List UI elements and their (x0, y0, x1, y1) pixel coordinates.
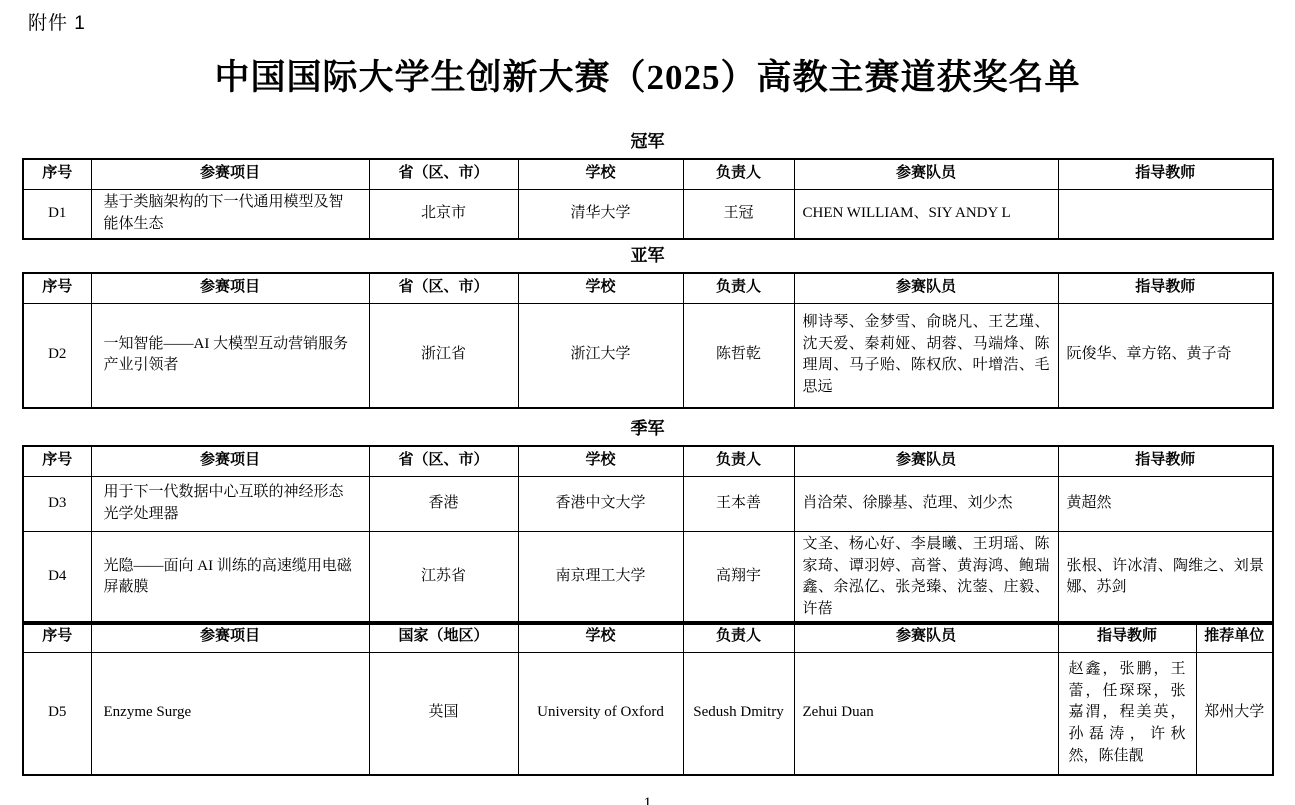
cell-members: CHEN WILLIAM、SIY ANDY L (794, 189, 1058, 239)
cell-project: 基于类脑架构的下一代通用模型及智能体生态 (91, 189, 369, 239)
cell-members: 柳诗琴、金梦雪、俞晓凡、王艺瑾、沈天爱、秦莉娅、胡蓉、马端烽、陈理周、马子贻、陈… (794, 303, 1058, 408)
col-header-leader: 负责人 (683, 622, 794, 652)
col-header-region: 省（区、市） (369, 446, 518, 476)
cell-country: 英国 (369, 652, 518, 775)
cell-leader: 王本善 (683, 476, 794, 531)
col-header-school: 学校 (518, 273, 683, 303)
col-header-leader: 负责人 (683, 446, 794, 476)
cell-school: 清华大学 (518, 189, 683, 239)
cell-members: Zehui Duan (794, 652, 1058, 775)
cell-serial: D5 (23, 652, 91, 775)
cell-school: 香港中文大学 (518, 476, 683, 531)
cell-project: 一知智能——AI 大模型互动营销服务产业引领者 (91, 303, 369, 408)
cell-region: 江苏省 (369, 531, 518, 624)
cell-teachers: 张根、许冰清、陶维之、刘景娜、苏剑 (1058, 531, 1273, 624)
cell-teachers: 阮俊华、章方铭、黄子奇 (1058, 303, 1273, 408)
runner-up-table: 序号 参赛项目 省（区、市） 学校 负责人 参赛队员 指导教师 D2 一知智能—… (22, 272, 1274, 409)
col-header-project: 参赛项目 (91, 622, 369, 652)
section-heading-runner-up: 亚军 (0, 246, 1295, 266)
col-header-serial: 序号 (23, 446, 91, 476)
col-header-teachers: 指导教师 (1058, 446, 1273, 476)
col-header-teachers: 指导教师 (1058, 159, 1273, 189)
page-number: 1 (0, 795, 1295, 805)
cell-project: 光隐——面向 AI 训练的高速缆用电磁屏蔽膜 (91, 531, 369, 624)
col-header-serial: 序号 (23, 622, 91, 652)
col-header-teachers: 指导教师 (1058, 273, 1273, 303)
col-header-serial: 序号 (23, 273, 91, 303)
page-title: 中国国际大学生创新大赛（2025）高教主赛道获奖名单 (0, 50, 1295, 100)
cell-serial: D4 (23, 531, 91, 624)
cell-teachers: 黄超然 (1058, 476, 1273, 531)
table-row: D4 光隐——面向 AI 训练的高速缆用电磁屏蔽膜 江苏省 南京理工大学 高翔宇… (23, 531, 1273, 624)
cell-serial: D3 (23, 476, 91, 531)
cell-leader: 陈哲乾 (683, 303, 794, 408)
col-header-region: 省（区、市） (369, 159, 518, 189)
cell-serial: D2 (23, 303, 91, 408)
col-header-leader: 负责人 (683, 273, 794, 303)
cell-region: 北京市 (369, 189, 518, 239)
col-header-members: 参赛队员 (794, 159, 1058, 189)
table-header-row: 序号 参赛项目 省（区、市） 学校 负责人 参赛队员 指导教师 (23, 159, 1273, 189)
table-row: D5 Enzyme Surge 英国 University of Oxford … (23, 652, 1273, 775)
col-header-school: 学校 (518, 159, 683, 189)
col-header-members: 参赛队员 (794, 273, 1058, 303)
col-header-recommender: 推荐单位 (1196, 622, 1273, 652)
col-header-serial: 序号 (23, 159, 91, 189)
cell-teachers: 赵鑫，张鹏，王蕾，任琛琛，张嘉渭，程美英，孙磊涛，许秋然，陈佳靓 (1058, 652, 1196, 775)
document-page: 附件 1 中国国际大学生创新大赛（2025）高教主赛道获奖名单 冠军 序号 参赛… (0, 0, 1295, 805)
col-header-project: 参赛项目 (91, 446, 369, 476)
cell-serial: D1 (23, 189, 91, 239)
third-place-table-domestic: 序号 参赛项目 省（区、市） 学校 负责人 参赛队员 指导教师 D3 用于下一代… (22, 445, 1274, 625)
col-header-project: 参赛项目 (91, 273, 369, 303)
col-header-members: 参赛队员 (794, 622, 1058, 652)
cell-leader: Sedush Dmitry (683, 652, 794, 775)
section-heading-champion: 冠军 (0, 132, 1295, 152)
third-place-table-international: 序号 参赛项目 国家（地区） 学校 负责人 参赛队员 指导教师 推荐单位 D5 … (22, 621, 1274, 776)
table-row: D2 一知智能——AI 大模型互动营销服务产业引领者 浙江省 浙江大学 陈哲乾 … (23, 303, 1273, 408)
cell-recommender: 郑州大学 (1196, 652, 1273, 775)
cell-school: University of Oxford (518, 652, 683, 775)
col-header-members: 参赛队员 (794, 446, 1058, 476)
cell-leader: 王冠 (683, 189, 794, 239)
cell-project: Enzyme Surge (91, 652, 369, 775)
table-row: D3 用于下一代数据中心互联的神经形态光学处理器 香港 香港中文大学 王本善 肖… (23, 476, 1273, 531)
col-header-country: 国家（地区） (369, 622, 518, 652)
table-header-row: 序号 参赛项目 省（区、市） 学校 负责人 参赛队员 指导教师 (23, 446, 1273, 476)
cell-project: 用于下一代数据中心互联的神经形态光学处理器 (91, 476, 369, 531)
table-row: D1 基于类脑架构的下一代通用模型及智能体生态 北京市 清华大学 王冠 CHEN… (23, 189, 1273, 239)
table-header-row: 序号 参赛项目 省（区、市） 学校 负责人 参赛队员 指导教师 (23, 273, 1273, 303)
cell-school: 南京理工大学 (518, 531, 683, 624)
col-header-region: 省（区、市） (369, 273, 518, 303)
cell-members: 文圣、杨心好、李晨曦、王玥瑶、陈家琦、谭羽婷、高誉、黄海鸿、鲍瑞鑫、余泓亿、张尧… (794, 531, 1058, 624)
col-header-school: 学校 (518, 622, 683, 652)
col-header-leader: 负责人 (683, 159, 794, 189)
col-header-project: 参赛项目 (91, 159, 369, 189)
cell-region: 浙江省 (369, 303, 518, 408)
table-header-row: 序号 参赛项目 国家（地区） 学校 负责人 参赛队员 指导教师 推荐单位 (23, 622, 1273, 652)
champion-table: 序号 参赛项目 省（区、市） 学校 负责人 参赛队员 指导教师 D1 基于类脑架… (22, 158, 1274, 240)
cell-teachers (1058, 189, 1273, 239)
col-header-teachers: 指导教师 (1058, 622, 1196, 652)
attachment-label: 附件 1 (28, 8, 86, 35)
section-heading-third: 季军 (0, 419, 1295, 439)
cell-school: 浙江大学 (518, 303, 683, 408)
cell-leader: 高翔宇 (683, 531, 794, 624)
cell-members: 肖洽荣、徐滕基、范理、刘少杰 (794, 476, 1058, 531)
col-header-school: 学校 (518, 446, 683, 476)
cell-region: 香港 (369, 476, 518, 531)
